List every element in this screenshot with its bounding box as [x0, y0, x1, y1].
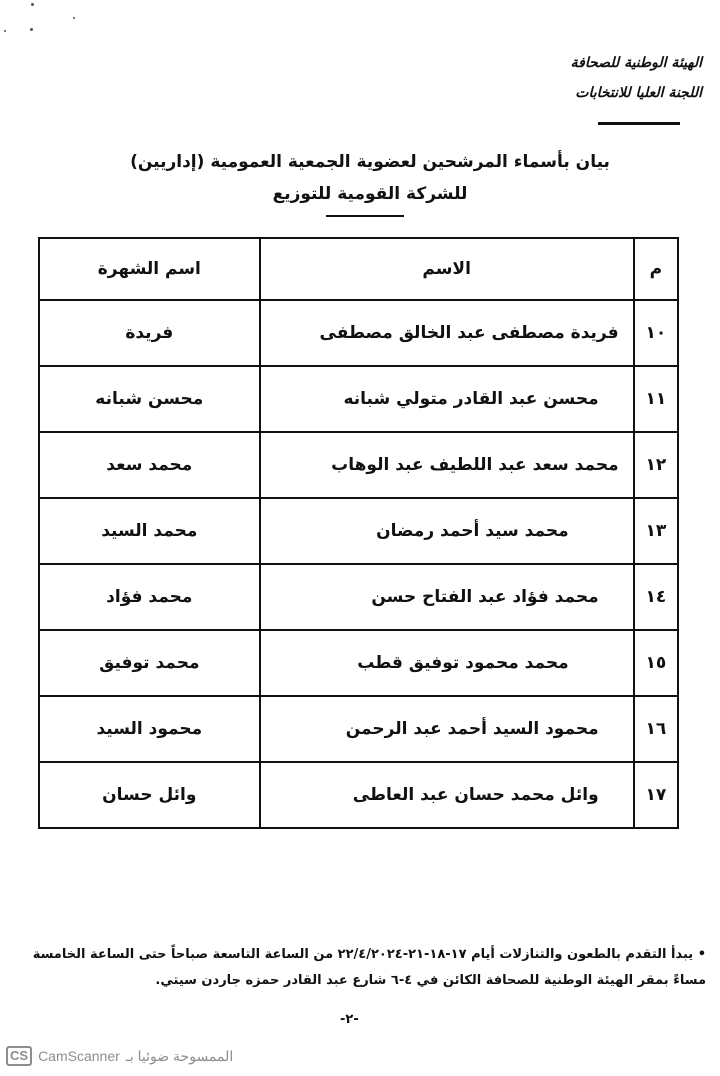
row-number: ١٧ — [634, 762, 678, 828]
table-row: ١٠ فريدة مصطفى عبد الخالق مصطفى فريدة — [39, 300, 678, 366]
table-row: ١٤ محمد فؤاد عبد الفتاح حسن محمد فؤاد — [39, 564, 678, 630]
camscanner-watermark: CS CamScanner الممسوحة ضوئيا بـ — [6, 1046, 233, 1066]
row-nickname: محمد توفيق — [39, 630, 260, 696]
row-nickname: محمود السيد — [39, 696, 260, 762]
document-title: بيان بأسماء المرشحين لعضوية الجمعية العم… — [100, 146, 640, 210]
row-nickname: محمد فؤاد — [39, 564, 260, 630]
scan-speck — [4, 30, 6, 32]
row-number: ١٤ — [634, 564, 678, 630]
row-nickname: محمد السيد — [39, 498, 260, 564]
row-number: ١١ — [634, 366, 678, 432]
row-number: ١٢ — [634, 432, 678, 498]
title-line2: للشركة القومية للتوزيع — [100, 178, 640, 210]
page-number: -٢- — [340, 1012, 359, 1027]
row-name: محمد فؤاد عبد الفتاح حسن — [260, 564, 634, 630]
table-row: ١٧ وائل محمد حسان عبد العاطى وائل حسان — [39, 762, 678, 828]
scan-speck — [30, 28, 33, 31]
table-row: ١٥ محمد محمود توفيق قطب محمد توفيق — [39, 630, 678, 696]
row-name: وائل محمد حسان عبد العاطى — [260, 762, 634, 828]
header-number: م — [634, 238, 678, 300]
org-header-line2: اللجنة العليا للانتخابات — [482, 78, 702, 108]
row-name: محمد محمود توفيق قطب — [260, 630, 634, 696]
title-underline — [326, 215, 404, 217]
row-name: محسن عبد القادر متولي شبانه — [260, 366, 634, 432]
appeals-notice-text: يبدأ التقدم بالطعون والتنازلات أيام ١٧-١… — [33, 947, 706, 988]
candidates-table: م الاسم اسم الشهرة ١٠ فريدة مصطفى عبد ال… — [38, 237, 679, 829]
watermark-brand: CamScanner — [38, 1048, 120, 1064]
table-row: ١٢ محمد سعد عبد اللطيف عبد الوهاب محمد س… — [39, 432, 678, 498]
org-header-line1: الهيئة الوطنية للصحافة — [482, 48, 702, 78]
row-nickname: محسن شبانه — [39, 366, 260, 432]
scan-speck — [31, 3, 34, 6]
row-nickname: فريدة — [39, 300, 260, 366]
header-name: الاسم — [260, 238, 634, 300]
watermark-text: الممسوحة ضوئيا بـ — [126, 1048, 234, 1065]
table-row: ١٦ محمود السيد أحمد عبد الرحمن محمود الس… — [39, 696, 678, 762]
row-name: محمود السيد أحمد عبد الرحمن — [260, 696, 634, 762]
bullet-icon: • — [698, 947, 706, 962]
row-name: فريدة مصطفى عبد الخالق مصطفى — [260, 300, 634, 366]
organization-header: الهيئة الوطنية للصحافة اللجنة العليا للا… — [482, 48, 702, 108]
row-number: ١٥ — [634, 630, 678, 696]
row-nickname: محمد سعد — [39, 432, 260, 498]
table-header-row: م الاسم اسم الشهرة — [39, 238, 678, 300]
table-row: ١٣ محمد سيد أحمد رمضان محمد السيد — [39, 498, 678, 564]
row-number: ١٣ — [634, 498, 678, 564]
table-row: ١١ محسن عبد القادر متولي شبانه محسن شبان… — [39, 366, 678, 432]
header-underline — [598, 122, 680, 125]
title-line1: بيان بأسماء المرشحين لعضوية الجمعية العم… — [100, 146, 640, 178]
camscanner-logo-icon: CS — [6, 1046, 32, 1066]
row-nickname: وائل حسان — [39, 762, 260, 828]
scan-speck — [73, 17, 75, 19]
header-nickname: اسم الشهرة — [39, 238, 260, 300]
row-name: محمد سيد أحمد رمضان — [260, 498, 634, 564]
row-name: محمد سعد عبد اللطيف عبد الوهاب — [260, 432, 634, 498]
row-number: ١٦ — [634, 696, 678, 762]
row-number: ١٠ — [634, 300, 678, 366]
appeals-notice: • يبدأ التقدم بالطعون والتنازلات أيام ١٧… — [30, 942, 706, 994]
